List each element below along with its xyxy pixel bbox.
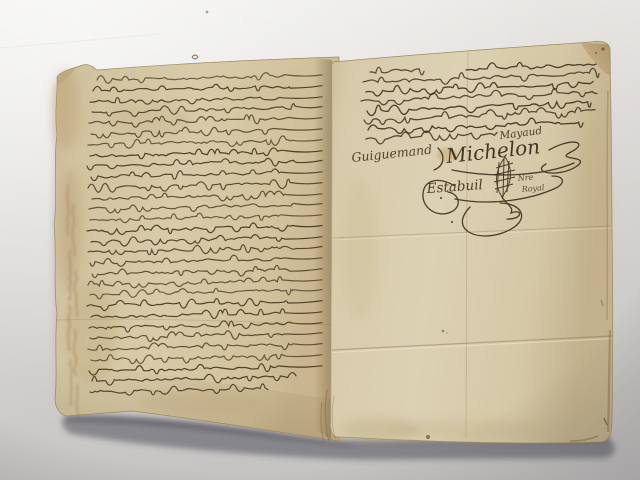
photo-stage: Mayaud Guiguemand Michelon Estabuil Nre … (0, 0, 640, 480)
vignette-overlay (0, 0, 640, 480)
manuscript-photograph: Mayaud Guiguemand Michelon Estabuil Nre … (0, 0, 640, 480)
